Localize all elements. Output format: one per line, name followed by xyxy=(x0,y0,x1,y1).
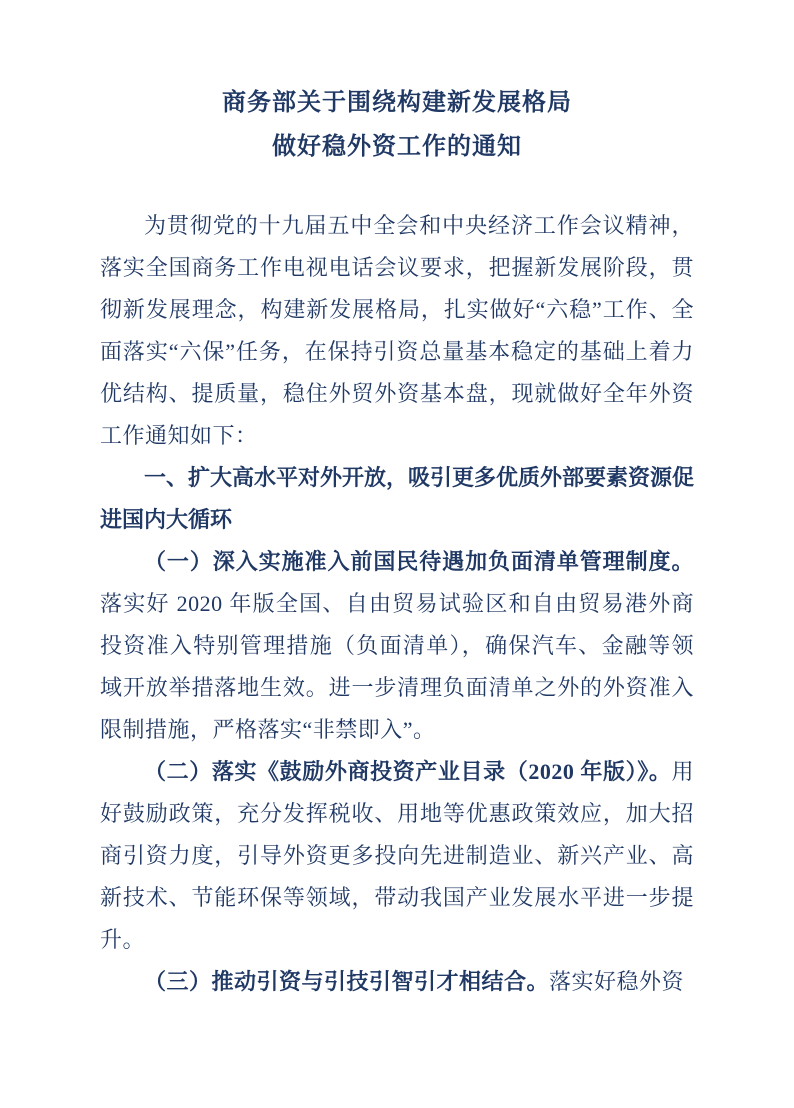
document-title: 商务部关于围绕构建新发展格局 做好稳外资工作的通知 xyxy=(100,81,694,169)
section-heading-1: 一、扩大高水平对外开放，吸引更多优质外部要素资源促进国内大循环 xyxy=(100,457,694,541)
item-1-text: 落实好 2020 年版全国、自由贸易试验区和自由贸易港外商投资准入特别管理措施（… xyxy=(100,591,694,742)
item-1-lead: （一）深入实施准入前国民待遇加负面清单管理制度。 xyxy=(144,549,694,574)
document-body: 为贯彻党的十九届五中全会和中央经济工作会议精神，落实全国商务工作电视电话会议要求… xyxy=(100,205,694,1003)
intro-paragraph: 为贯彻党的十九届五中全会和中央经济工作会议精神，落实全国商务工作电视电话会议要求… xyxy=(100,205,694,457)
document-title-line-2: 做好稳外资工作的通知 xyxy=(100,125,694,169)
item-paragraph-2: （二）落实《鼓励外商投资产业目录（2020 年版）》。用好鼓励政策，充分发挥税收… xyxy=(100,751,694,961)
item-2-text: 用好鼓励政策，充分发挥税收、用地等优惠政策效应，加大招商引资力度，引导外资更多投… xyxy=(100,759,694,952)
item-2-lead: （二）落实《鼓励外商投资产业目录（2020 年版）》。 xyxy=(144,759,671,784)
document-page: 商务部关于围绕构建新发展格局 做好稳外资工作的通知 为贯彻党的十九届五中全会和中… xyxy=(0,0,794,1108)
item-3-text: 落实好稳外资 xyxy=(549,969,684,994)
document-title-line-1: 商务部关于围绕构建新发展格局 xyxy=(100,81,694,125)
item-paragraph-1: （一）深入实施准入前国民待遇加负面清单管理制度。落实好 2020 年版全国、自由… xyxy=(100,541,694,751)
item-3-lead: （三）推动引资与引技引智引才相结合。 xyxy=(144,969,549,994)
item-paragraph-3: （三）推动引资与引技引智引才相结合。落实好稳外资 xyxy=(100,961,694,1003)
